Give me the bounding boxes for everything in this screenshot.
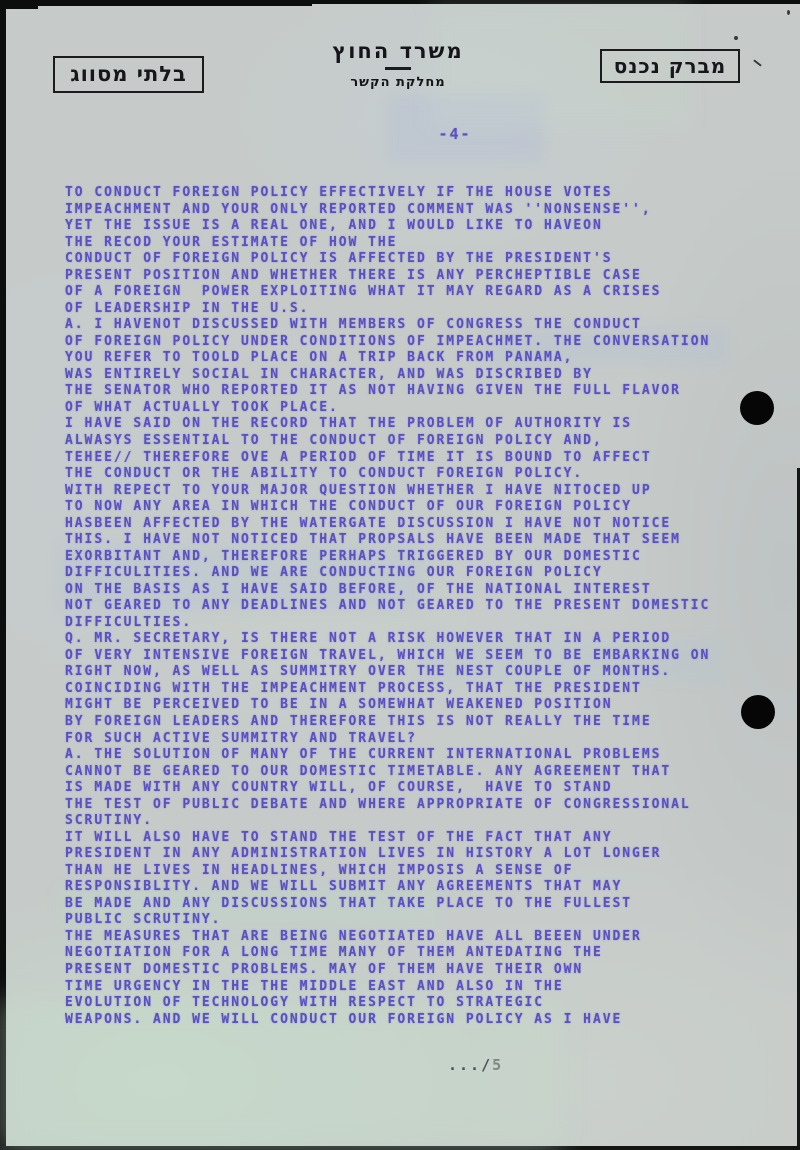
page-number: -4-: [420, 125, 490, 143]
typewritten-line: EXORBITANT AND, THEREFORE PERHAPS TRIGGE…: [65, 549, 710, 566]
typewritten-line: A. THE SOLUTION OF MANY OF THE CURRENT I…: [65, 747, 710, 764]
scanned-telegram-page: בלתי מסווג משרד החוץ מחלקת הקשר מברק נכנ…: [0, 0, 800, 1150]
typewritten-line: BE MADE AND ANY DISCUSSIONS THAT TAKE PL…: [65, 896, 710, 913]
typewritten-line: YOU REFER TO TOOLD PLACE ON A TRIP BACK …: [65, 350, 710, 367]
typewritten-line: CANNOT BE GEARED TO OUR DOMESTIC TIMETAB…: [65, 764, 710, 781]
typewritten-line: PRESIDENT IN ANY ADMINISTRATION LIVES IN…: [65, 846, 710, 863]
ink-speck: [787, 10, 790, 15]
classification-stamp-label: בלתי מסווג: [70, 62, 187, 86]
typewritten-line: PRESENT DOMESTIC PROBLEMS. MAY OF THEM H…: [65, 962, 710, 979]
typewritten-line: NOT GEARED TO ANY DEADLINES AND NOT GEAR…: [65, 598, 710, 615]
scan-edge-left: [0, 0, 6, 1150]
punch-hole: [741, 695, 775, 729]
typewritten-line: SCRUTINY.: [65, 813, 710, 830]
typewritten-line: PRESENT POSITION AND WHETHER THERE IS AN…: [65, 268, 710, 285]
letterhead-divider: [385, 67, 411, 70]
ink-speck: [753, 59, 761, 66]
ministry-title: משרד החוץ: [298, 39, 498, 63]
typewritten-line: THIS. I HAVE NOT NOTICED THAT PROPSALS H…: [65, 532, 710, 549]
typewritten-line: OF WHAT ACTUALLY TOOK PLACE.: [65, 400, 710, 417]
typewritten-line: THE TEST OF PUBLIC DEBATE AND WHERE APPR…: [65, 797, 710, 814]
scan-edge-bottom: [0, 1146, 800, 1150]
typewritten-line: PUBLIC SCRUTINY.: [65, 912, 710, 929]
typewritten-line: COINCIDING WITH THE IMPEACHMENT PROCESS,…: [65, 681, 710, 698]
typewritten-line: A. I HAVENOT DISCUSSED WITH MEMBERS OF C…: [65, 317, 710, 334]
continuation-dots: .../: [448, 1056, 492, 1074]
typewritten-line: FOR SUCH ACTIVE SUMMITRY AND TRAVEL?: [65, 731, 710, 748]
telegram-body-text: TO CONDUCT FOREIGN POLICY EFFECTIVELY IF…: [65, 185, 710, 1028]
punch-hole: [740, 391, 774, 425]
typewritten-line: TEHEE// THEREFORE OVE A PERIOD OF TIME I…: [65, 450, 710, 467]
typewritten-line: THE MEASURES THAT ARE BEING NEGOTIATED H…: [65, 929, 710, 946]
typewritten-line: DIFFICULITIES. AND WE ARE CONDUCTING OUR…: [65, 565, 710, 582]
typewritten-line: EVOLUTION OF TECHNOLOGY WITH RESPECT TO …: [65, 995, 710, 1012]
typewritten-line: ON THE BASIS AS I HAVE SAID BEFORE, OF T…: [65, 582, 710, 599]
typewritten-line: WEAPONS. AND WE WILL CONDUCT OUR FOREIGN…: [65, 1012, 710, 1029]
typewritten-line: HASBEEN AFFECTED BY THE WATERGATE DISCUS…: [65, 516, 710, 533]
ink-speck: [734, 36, 738, 40]
typewritten-line: CONDUCT OF FOREIGN POLICY IS AFFECTED BY…: [65, 251, 710, 268]
typewritten-line: IMPEACHMENT AND YOUR ONLY REPORTED COMME…: [65, 202, 710, 219]
typewritten-line: MIGHT BE PERCEIVED TO BE IN A SOMEWHAT W…: [65, 697, 710, 714]
typewritten-line: Q. MR. SECRETARY, IS THERE NOT A RISK HO…: [65, 631, 710, 648]
department-subtitle: מחלקת הקשר: [298, 75, 498, 90]
typewritten-line: YET THE ISSUE IS A REAL ONE, AND I WOULD…: [65, 218, 710, 235]
typewritten-line: OF LEADERSHIP IN THE U.S.: [65, 301, 710, 318]
typewritten-line: ALWASYS ESSENTIAL TO THE CONDUCT OF FORE…: [65, 433, 710, 450]
typewritten-line: TO CONDUCT FOREIGN POLICY EFFECTIVELY IF…: [65, 185, 710, 202]
typewritten-line: OF A FOREIGN POWER EXPLOITING WHAT IT MA…: [65, 284, 710, 301]
typewritten-line: TIME URGENCY IN THE THE MIDDLE EAST AND …: [65, 979, 710, 996]
typewritten-line: OF VERY INTENSIVE FOREIGN TRAVEL, WHICH …: [65, 648, 710, 665]
typewritten-line: IS MADE WITH ANY COUNTRY WILL, OF COURSE…: [65, 780, 710, 797]
typewritten-line: RESPONSIBLITY. AND WE WILL SUBMIT ANY AG…: [65, 879, 710, 896]
typewritten-line: THE SENATOR WHO REPORTED IT AS NOT HAVIN…: [65, 383, 710, 400]
typewritten-line: BY FOREIGN LEADERS AND THEREFORE THIS IS…: [65, 714, 710, 731]
typewritten-line: THAN HE LIVES IN HEADLINES, WHICH IMPOSI…: [65, 863, 710, 880]
typewritten-line: THE RECOD YOUR ESTIMATE OF HOW THE: [65, 235, 710, 252]
incoming-telegram-stamp: מברק נכנס: [600, 49, 740, 83]
classification-stamp: בלתי מסווג: [53, 56, 204, 93]
scan-edge-top-left: [0, 0, 312, 6]
typewritten-line: IT WILL ALSO HAVE TO STAND THE TEST OF T…: [65, 830, 710, 847]
continuation-marker: .../5: [448, 1056, 503, 1074]
typewritten-line: TO NOW ANY AREA IN WHICH THE CONDUCT OF …: [65, 499, 710, 516]
typewritten-line: DIFFICULTIES.: [65, 615, 710, 632]
typewritten-line: NEGOTIATION FOR A LONG TIME MANY OF THEM…: [65, 945, 710, 962]
typewritten-line: OF FOREIGN POLICY UNDER CONDITIONS OF IM…: [65, 334, 710, 351]
letterhead: משרד החוץ מחלקת הקשר: [298, 39, 498, 90]
typewritten-line: WAS ENTIRELY SOCIAL IN CHARACTER, AND WA…: [65, 367, 710, 384]
typewritten-line: WITH REPECT TO YOUR MAJOR QUESTION WHETH…: [65, 483, 710, 500]
next-page-number: 5: [492, 1056, 503, 1074]
typewritten-line: I HAVE SAID ON THE RECORD THAT THE PROBL…: [65, 416, 710, 433]
incoming-telegram-stamp-label: מברק נכנס: [614, 54, 726, 78]
typewritten-line: THE CONDUCT OR THE ABILITY TO CONDUCT FO…: [65, 466, 710, 483]
typewritten-line: RIGHT NOW, AS WELL AS SUMMITRY OVER THE …: [65, 664, 710, 681]
